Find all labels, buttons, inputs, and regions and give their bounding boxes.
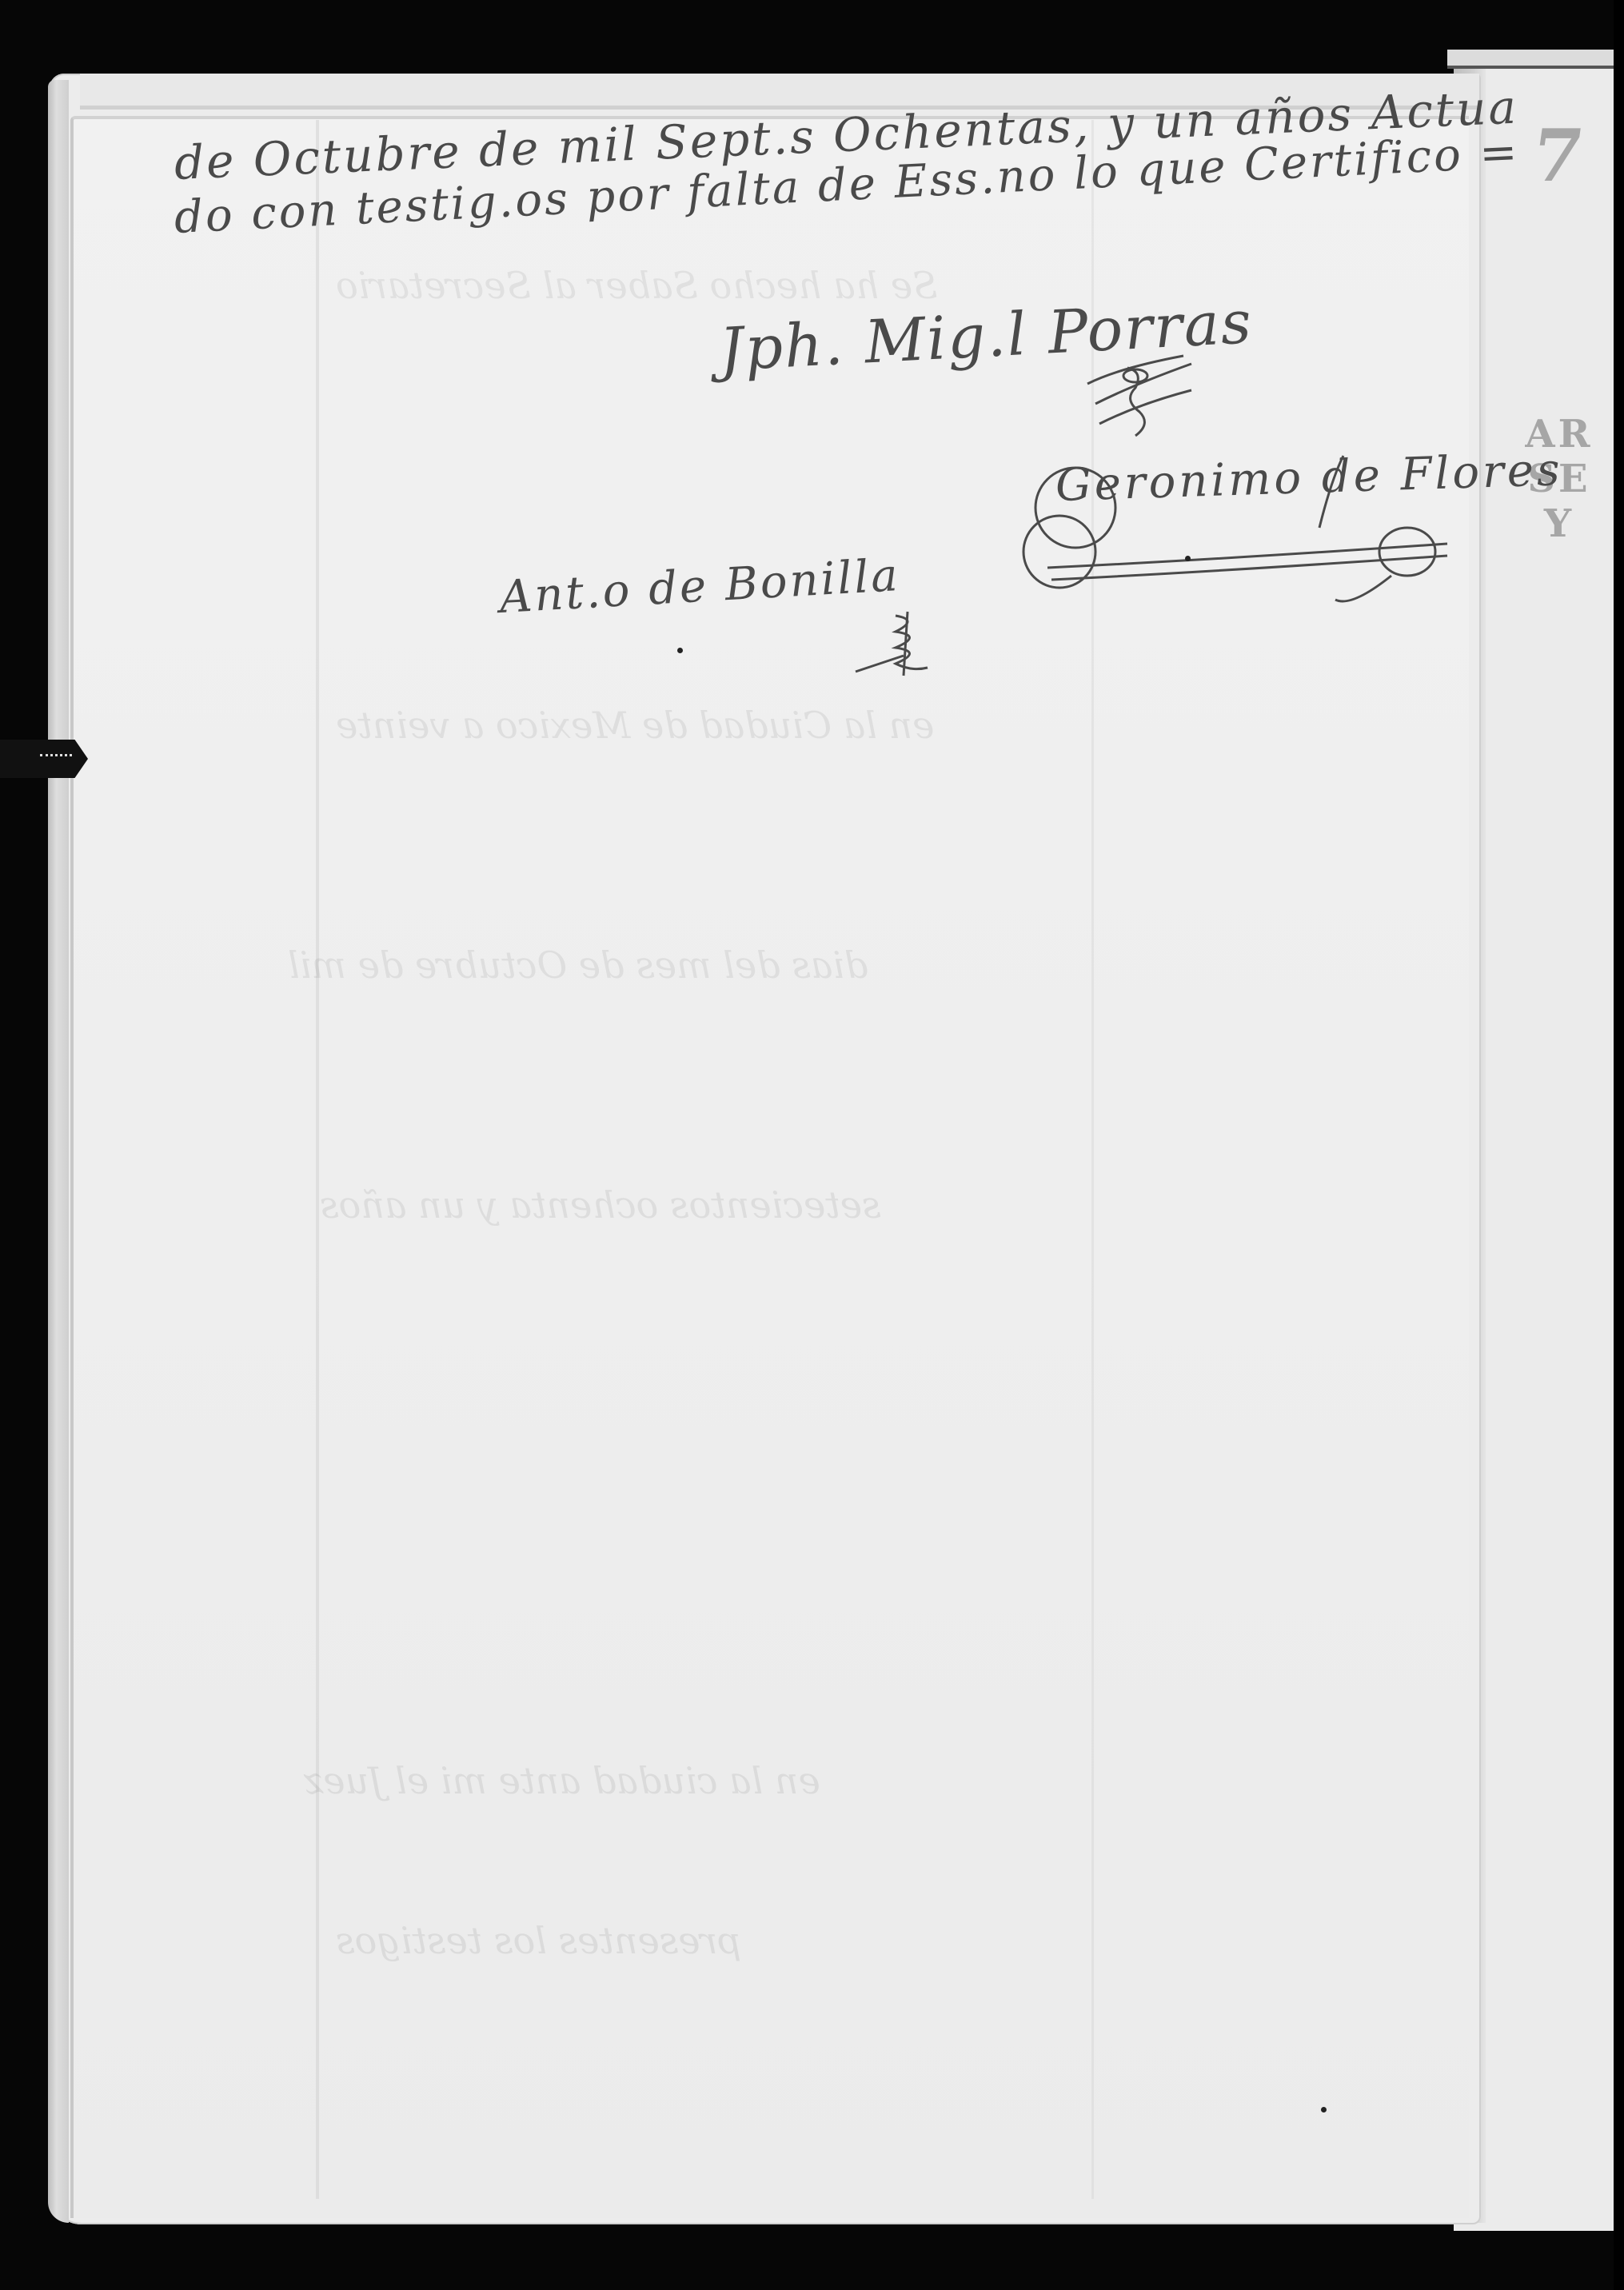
adjacent-page-top-edge bbox=[1447, 50, 1619, 69]
bleed-through-text: dias del mes de Octubre de mil bbox=[288, 944, 868, 987]
margin-mark-y: Y bbox=[1511, 501, 1607, 546]
margin-mark-numeral: 7 bbox=[1505, 108, 1614, 204]
rubric-bonilla-icon bbox=[848, 608, 944, 680]
paper-crease bbox=[316, 120, 319, 2199]
ink-speck bbox=[1185, 556, 1191, 561]
leaf-left-edge bbox=[48, 80, 69, 2223]
ink-speck bbox=[677, 648, 683, 653]
bleed-through-text: Se ha hecho Saber al Secretario bbox=[336, 264, 938, 307]
ink-speck bbox=[1321, 2107, 1327, 2112]
bleed-through-text: en la ciudad ante mi el Juez bbox=[304, 1759, 820, 1802]
bleed-through-text: presentes los testigos bbox=[336, 1919, 741, 1962]
binding-clip-rivets bbox=[40, 754, 72, 763]
bleed-through-text: setecientos ochenta y un años bbox=[320, 1183, 881, 1227]
scan-right-border bbox=[1614, 0, 1624, 2290]
bleed-through-text: en la Ciudad de Mexico a veinte bbox=[336, 704, 934, 747]
